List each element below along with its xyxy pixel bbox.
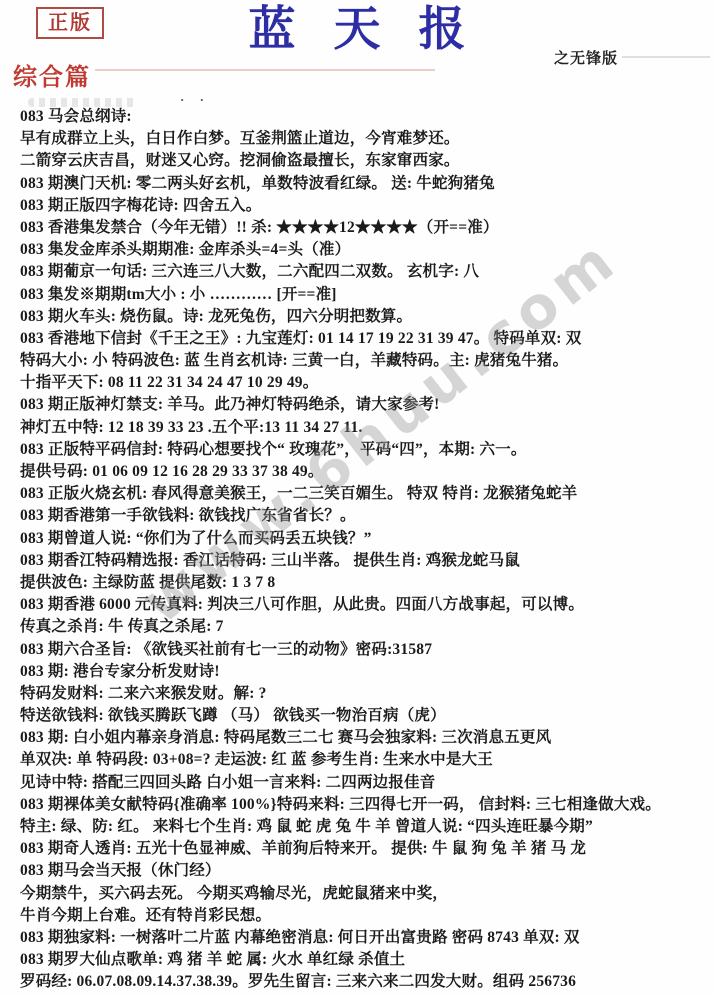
report-line: 083 期火车头: 烧伤鼠。诗: 龙死兔伤，四六分明把数算。	[20, 306, 710, 328]
report-body: 083 马会总纲诗:早有成群立上头，白日作白梦。互釜荆篮止道边，今宵难梦还。二箭…	[20, 106, 710, 994]
report-line: 特码发财料: 二来六来猴发财。解: ?	[20, 683, 710, 705]
report-line: 牛肖今期上台难。还有特肖彩民想。	[20, 905, 710, 927]
report-line: 提供波色: 主绿防蓝 提供尾数: 1 3 7 8	[20, 572, 710, 594]
report-line: 083 集发※期期tm大小 : 小 ………… [开==准]	[20, 284, 710, 306]
report-line: 083 正版火烧玄机: 春风得意美猴王，一二三笑百媚生。 特双 特肖: 龙猴猪兔…	[20, 483, 710, 505]
report-line: 083 正版特平码信封: 特码心想要找个“ 玫瑰花”，平码“四”，本期: 六一。	[20, 439, 710, 461]
edition-label: 之无锋版	[554, 47, 618, 68]
report-line: 083 期罗大仙点歌单: 鸡 猪 羊 蛇 属: 火水 单红绿 杀值土	[20, 949, 710, 971]
report-line: 特码大小: 小 特码波色: 蓝 生肖玄机诗: 三黄一白，羊藏特码。主: 虎猪兔牛…	[20, 350, 710, 372]
report-line: 083 期正版四字梅花诗: 四舍五入。	[20, 195, 710, 217]
report-line: 083 期: 白小姐内幕亲身消息: 特码尾数三二七 赛马会独家料: 三次消息五更…	[20, 727, 710, 749]
report-line: 单双决: 单 特码段: 03+08=? 走运波: 红 蓝 参考生肖: 生来水中是…	[20, 749, 710, 771]
report-line: 083 期曾道人说: “你们为了什么而买码丢五块钱？”	[20, 528, 710, 550]
report-line: 083 期澳门天机: 零二两头好玄机，单数特波看红绿。 送: 牛蛇狗猪兔	[20, 173, 710, 195]
report-line: 083 期香港第一手欲钱料: 欲钱找广东省省长？。	[20, 505, 710, 527]
report-line: 083 期奇人透肖: 五光十色显神威、羊前狗后特来开。 提供: 牛 鼠 狗 兔 …	[20, 838, 710, 860]
report-line: 083 期葡京一句话: 三六连三八大数，二六配四二双数。 玄机字: 八	[20, 261, 710, 283]
report-line: 神灯五中特: 12 18 39 33 23 .五个平:13 11 34 27 1…	[20, 417, 710, 439]
report-line: 特送欲钱料: 欲钱买腾跃飞蹲 （马） 欲钱买一物治百病（虎）	[20, 705, 710, 727]
report-line: 十指平天下: 08 11 22 31 34 24 47 10 29 49。	[20, 372, 710, 394]
report-line: 见诗中特: 搭配三四回头路 白小姐一言来料: 二四两边报佳音	[20, 772, 710, 794]
report-line: 传真之杀肖: 牛 传真之杀尾: 7	[20, 616, 710, 638]
section-heading: 综合篇	[13, 57, 91, 92]
newspaper-page: 正版 蓝天报 之无锋版 综合篇 · · 083 马会总纲诗:早有成群立上头，白日…	[0, 0, 714, 996]
report-line: 083 集发金库杀头期期准: 金库杀头=4=头（准）	[20, 239, 710, 261]
report-line: 罗码经: 06.07.08.09.14.37.38.39。罗先生留言: 三来六来…	[20, 971, 710, 993]
report-line: 083 期马会当天报（休门经）	[20, 860, 710, 882]
report-line: 早有成群立上头，白日作白梦。互釜荆篮止道边，今宵难梦还。	[20, 128, 710, 150]
report-line: 083 期正版神灯禁支: 羊马。此乃神灯特码绝杀，请大家参考!	[20, 394, 710, 416]
report-line: 083 期香港 6000 元传真料: 判决三八可作胆，从此贵。四面八方战事起，可…	[20, 594, 710, 616]
report-line: 083 期裸体美女献特码{准确率 100%}特码来料: 三四得七开一码， 信封料…	[20, 794, 710, 816]
report-line: 083 马会总纲诗:	[20, 106, 710, 128]
report-line: 083 期: 港台专家分析发财诗!	[20, 661, 710, 683]
report-line: 083 期独家料: 一树落叶二片蓝 内幕绝密消息: 何日开出富贵路 密码 874…	[20, 927, 710, 949]
header-divider-right	[622, 56, 710, 58]
report-line: 083 香港地下信封《千王之王》: 九宝莲灯: 01 14 17 19 22 3…	[20, 328, 710, 350]
header-divider	[95, 69, 435, 71]
report-line: 083 香港集发禁合（今年无错）!! 杀: ★★★★12★★★★（开==准）	[20, 217, 710, 239]
report-line: 今期禁牛，买六码去死。 今期买鸡输尽光，虎蛇鼠猪来中奖，	[20, 883, 710, 905]
report-line: 特主: 绿、防: 红。 来料七个生肖: 鸡 鼠 蛇 虎 兔 牛 羊 曾道人说: …	[20, 816, 710, 838]
report-line: 083 期六合圣旨: 《欲钱买社前有七一三的动物》密码:31587	[20, 639, 710, 661]
report-line: 083 期香江特码精选报: 香江话特码: 三山半落。 提供生肖: 鸡猴龙蛇马鼠	[20, 550, 710, 572]
report-line: 二箭穿云庆吉昌，财迷又心窍。挖洞偷盗最擅长，东家窜西家。	[20, 150, 710, 172]
report-line: 提供号码: 01 06 09 12 16 28 29 33 37 38 49。	[20, 461, 710, 483]
